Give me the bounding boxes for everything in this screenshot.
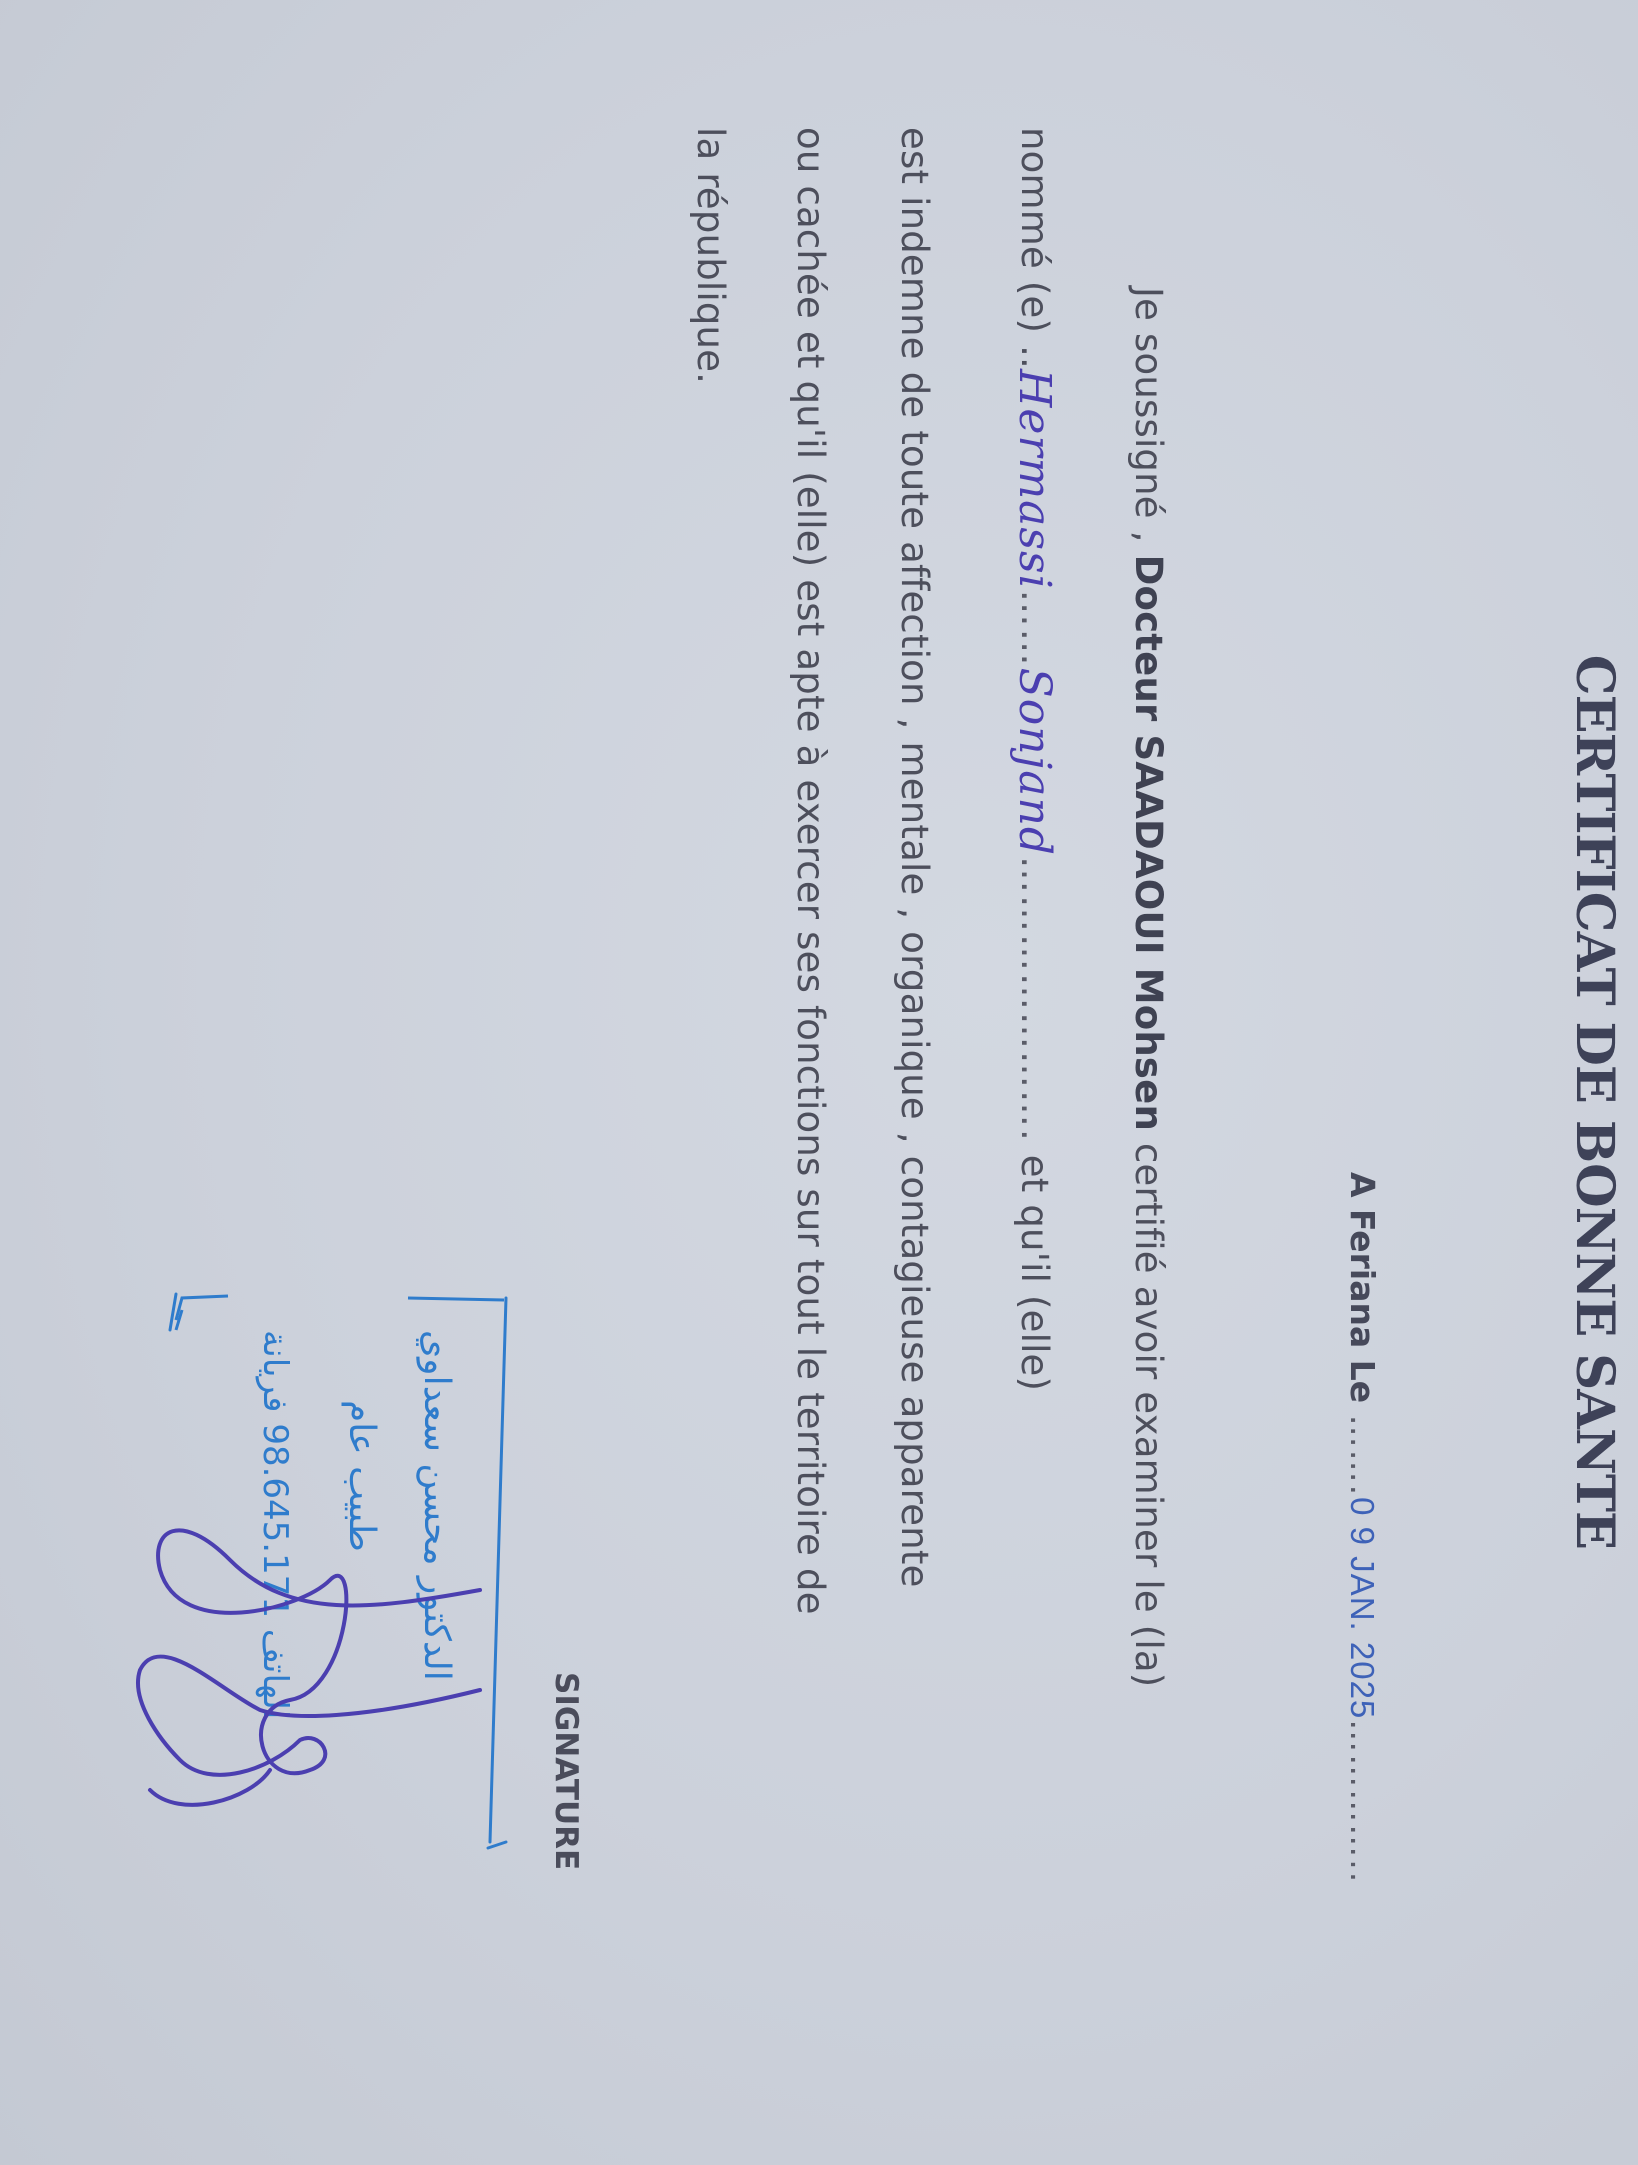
patient-name-handwritten: Hermassi	[1009, 369, 1060, 590]
body-line-5: la république.	[692, 127, 729, 384]
place-label: A Feriana Le	[1343, 1172, 1382, 1403]
dots-leader: ………………….	[1013, 856, 1056, 1143]
body-line-2: nommé (e) ..Hermassi……Sonjand…………………. et…	[1012, 127, 1056, 1391]
dots-leader: …………..	[1343, 1719, 1382, 1884]
signature-label: SIGNATURE	[550, 1672, 581, 1870]
dots-leader: ……	[1013, 590, 1056, 668]
body-text: certifié avoir examiner le (la)	[1127, 1131, 1170, 1687]
place-date-line: A Feriana Le …….0 9 JAN. 2025…………..	[1346, 1172, 1379, 1884]
body-line-4: ou cachée et qu'il (elle) est apte à exe…	[792, 127, 829, 1615]
body-line-3: est indemne de toute affection , mentale…	[896, 127, 933, 1588]
body-text: Je soussigné ,	[1127, 287, 1170, 555]
body-line-1: Je soussigné , Docteur SAADAOUI Mohsen c…	[1130, 287, 1167, 1687]
date-stamp: 0 9 JAN. 2025	[1344, 1497, 1381, 1719]
patient-firstname-handwritten: Sonjand	[1009, 668, 1060, 856]
handwritten-signature-icon	[120, 1470, 500, 1850]
body-text: nommé (e) ..	[1013, 127, 1056, 369]
doctor-name: Docteur SAADAOUI Mohsen	[1127, 555, 1170, 1131]
body-text: et qu'il (elle)	[1013, 1143, 1056, 1391]
document-title: CERTIFICAT DE BONNE SANTE	[1568, 655, 1620, 1549]
dots-leader: …….	[1343, 1415, 1382, 1498]
